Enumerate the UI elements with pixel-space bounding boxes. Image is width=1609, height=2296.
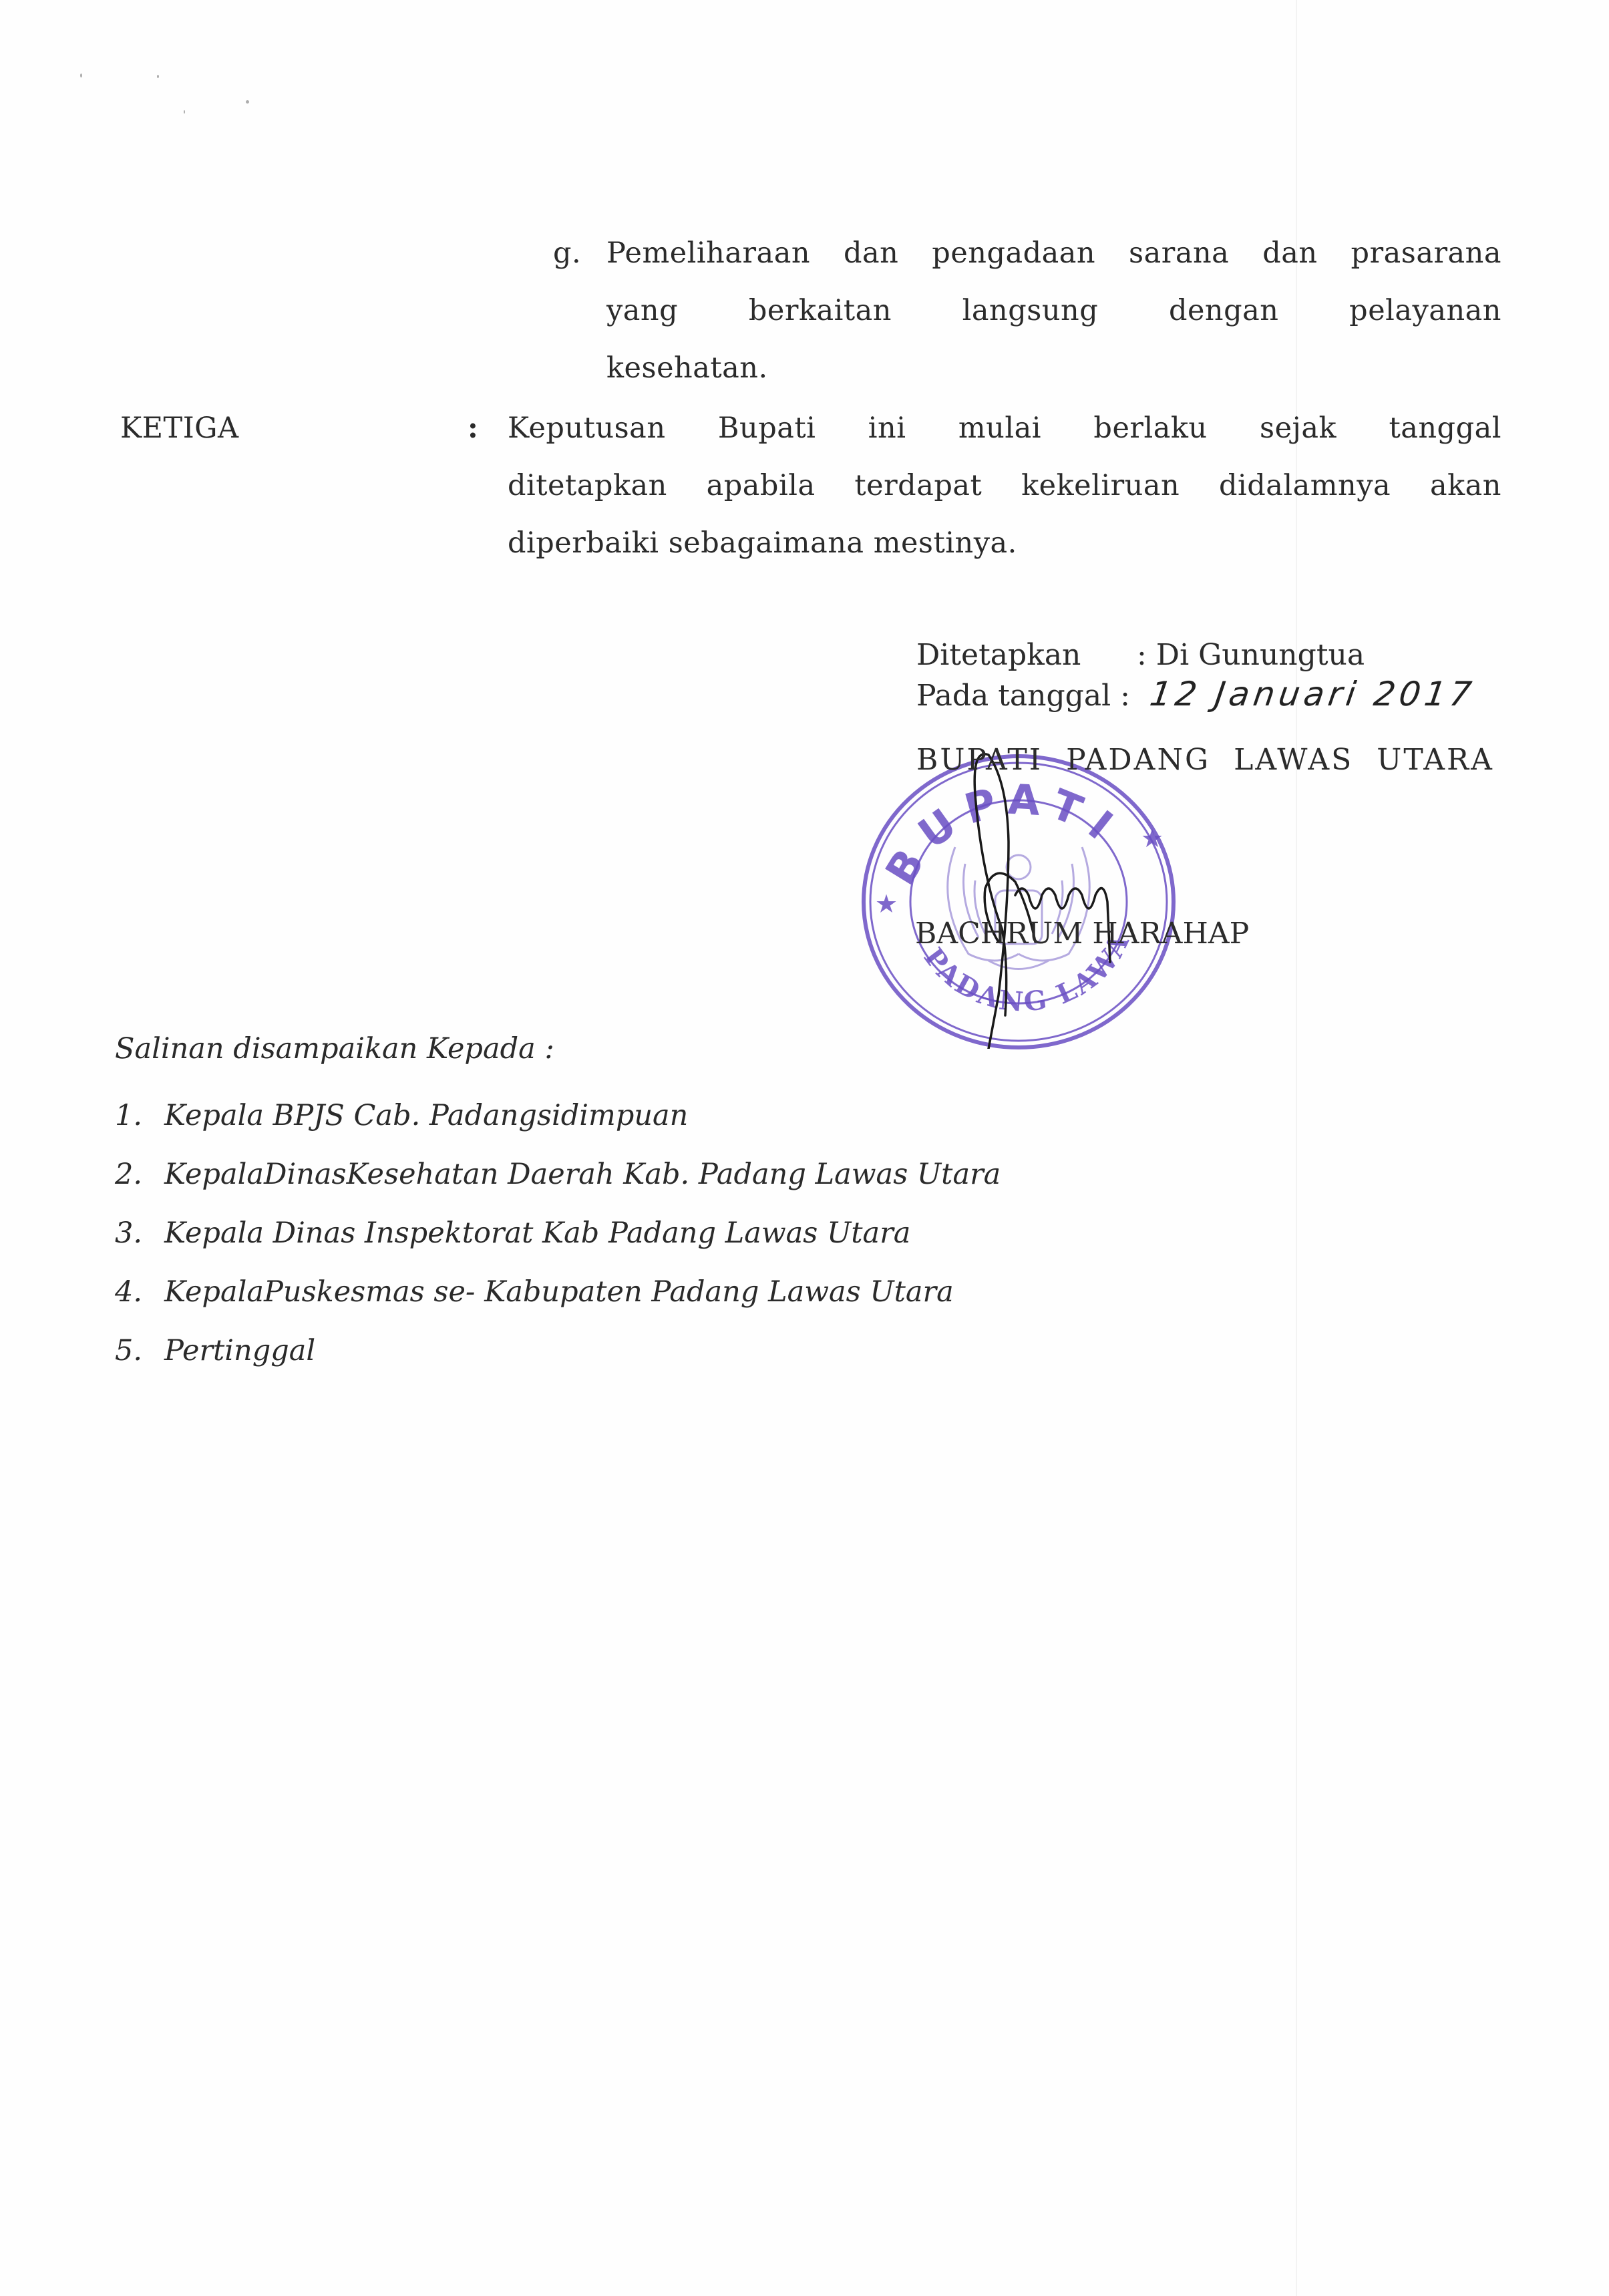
- section-label: KETIGA: [120, 399, 239, 457]
- item-number: 1.: [115, 1086, 164, 1145]
- paragraph-line: Keputusan Bupati ini mulai berlaku sejak…: [508, 399, 1501, 457]
- item-text: Kepala Dinas Inspektorat Kab Padang Lawa…: [164, 1216, 910, 1250]
- item-number: 4.: [115, 1263, 164, 1321]
- scan-speck: [246, 100, 249, 104]
- item-text: Kepala BPJS Cab. Padangsidimpuan: [164, 1099, 688, 1132]
- cc-title: Salinan disampaikan Kepada :: [115, 1029, 1001, 1069]
- scan-speck: [80, 73, 82, 77]
- scan-speck: [157, 75, 159, 78]
- signature-block: Ditetapkan: Di Gunungtua Pada tanggal :1…: [916, 636, 1475, 715]
- list-item: 1.Kepala BPJS Cab. Padangsidimpuan: [115, 1086, 1001, 1145]
- paragraph-line: yang berkaitan langsung dengan pelayanan: [606, 282, 1501, 339]
- scan-speck: [184, 110, 185, 114]
- section-body: Keputusan Bupati ini mulai berlaku sejak…: [508, 399, 1501, 572]
- date-label: Pada tanggal :: [916, 679, 1130, 713]
- office-title: BUPATI PADANG LAWAS UTARA: [916, 743, 1494, 777]
- scanned-page: g. Pemeliharaan dan pengadaan sarana dan…: [0, 0, 1609, 2296]
- list-item: 3.Kepala Dinas Inspektorat Kab Padang La…: [115, 1204, 1001, 1263]
- date-row: Pada tanggal :12 Januari 2017: [916, 675, 1475, 715]
- place-label: Ditetapkan: [916, 636, 1137, 675]
- list-item-g: g. Pemeliharaan dan pengadaan sarana dan…: [553, 224, 1501, 397]
- signature-scribble-icon: [935, 742, 1149, 1049]
- place-row: Ditetapkan: Di Gunungtua: [916, 636, 1475, 675]
- signer-name: BACHRUM HARAHAP: [915, 917, 1249, 951]
- paragraph-line: ditetapkan apabila terdapat kekeliruan d…: [508, 457, 1501, 514]
- item-number: 5.: [115, 1321, 164, 1380]
- paragraph-line: kesehatan.: [606, 339, 1501, 397]
- place-value: : Di Gunungtua: [1137, 638, 1365, 672]
- item-text: KepalaPuskesmas se- Kabupaten Padang Law…: [164, 1275, 954, 1309]
- item-number: 2.: [115, 1145, 164, 1204]
- item-number: 3.: [115, 1204, 164, 1263]
- paragraph-line: diperbaiki sebagaimana mestinya.: [508, 514, 1501, 572]
- handwritten-date: 12 Januari 2017: [1147, 675, 1478, 713]
- list-item: 2.KepalaDinasKesehatan Daerah Kab. Padan…: [115, 1145, 1001, 1204]
- list-item: 4.KepalaPuskesmas se- Kabupaten Padang L…: [115, 1263, 1001, 1321]
- list-item: 5.Pertinggal: [115, 1321, 1001, 1380]
- paragraph-line: Pemeliharaan dan pengadaan sarana dan pr…: [606, 224, 1501, 282]
- carbon-copy-list: Salinan disampaikan Kepada : 1.Kepala BP…: [115, 1029, 1001, 1380]
- item-text: Pertinggal: [164, 1334, 315, 1367]
- section-colon: :: [468, 399, 478, 457]
- list-marker: g.: [553, 224, 581, 282]
- item-text: KepalaDinasKesehatan Daerah Kab. Padang …: [164, 1158, 1001, 1191]
- star-icon: ★: [875, 889, 898, 919]
